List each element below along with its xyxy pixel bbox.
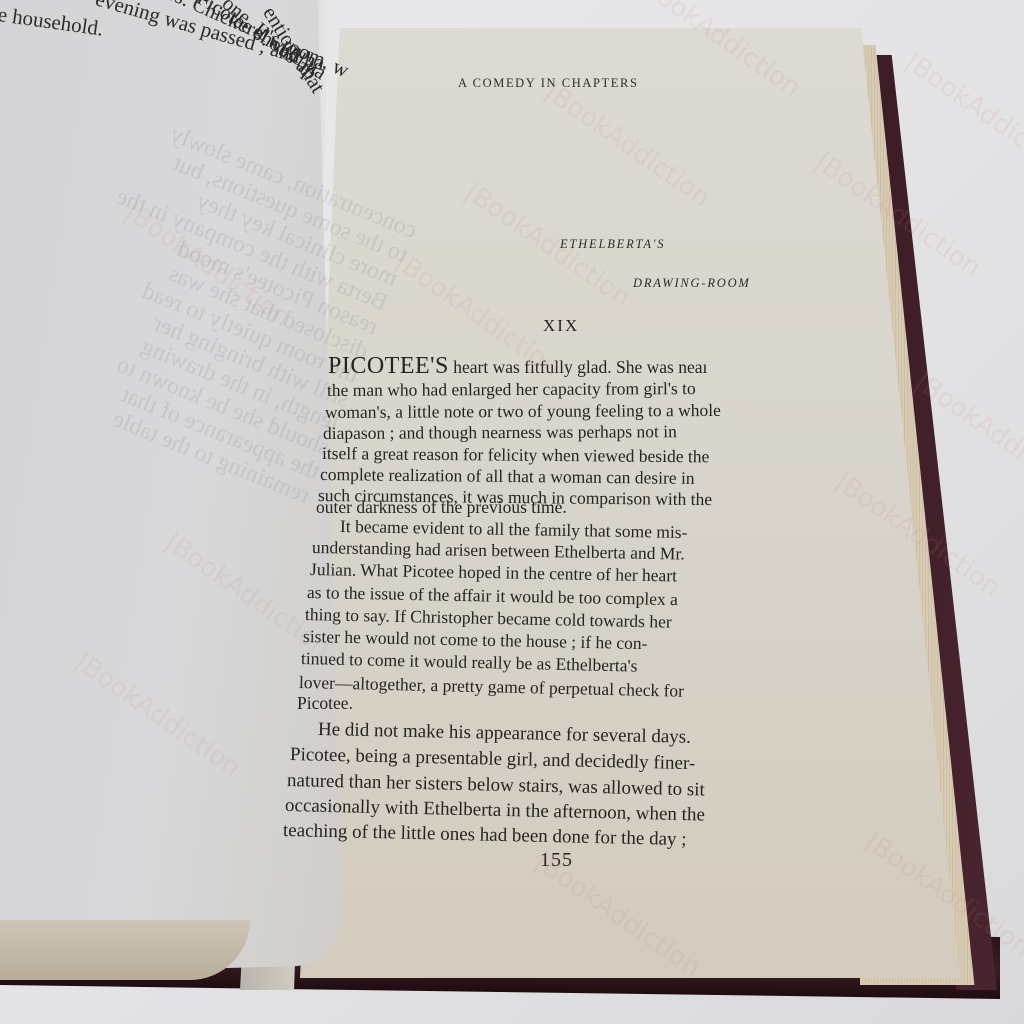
chapter-title-line2: DRAWING-ROOM — [633, 276, 751, 291]
text-line: outer darkness of the previous time. — [316, 497, 567, 518]
right-page-content: A COMEDY IN CHAPTERS ETHELBERTA'S DRAWIN… — [0, 0, 1024, 1024]
text-line: the man who had enlarged her capacity fr… — [327, 378, 696, 401]
chapter-number: XIX — [543, 316, 579, 336]
page-number: 155 — [540, 849, 573, 872]
text-line: woman's, a little note or two of young f… — [325, 400, 721, 423]
text-line: Picotee. — [297, 693, 353, 714]
text-line: He did not make his appearance for sever… — [318, 719, 691, 749]
running-head: A COMEDY IN CHAPTERS — [458, 76, 639, 91]
chapter-title-line1: ETHELBERTA'S — [560, 237, 665, 252]
text-line: diapason ; and though nearness was perha… — [323, 421, 677, 444]
text-line: lover—altogether, a pretty game of perpe… — [299, 672, 684, 702]
text-line: PICOTEE'S heart was fitfully glad. She w… — [328, 353, 707, 380]
drop-cap-word: PICOTEE'S — [328, 353, 449, 379]
